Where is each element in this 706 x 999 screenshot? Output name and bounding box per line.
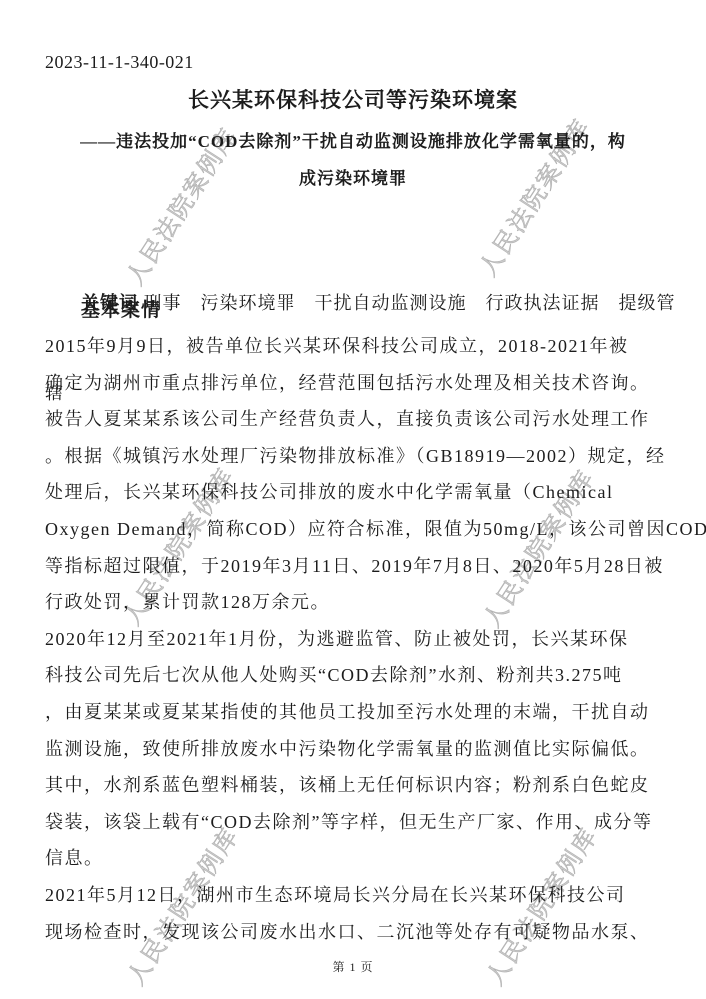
body-line: 2021年5月12日，湖州市生态环境局长兴分局在长兴某环保科技公司: [45, 877, 661, 914]
body-paragraph: 2020年12月至2021年1月份，为逃避监管、防止被处罚，长兴某环保科技公司先…: [45, 621, 661, 877]
body-line: Oxygen Demand，简称COD）应符合标准，限值为50mg/L，该公司曾…: [45, 511, 661, 548]
document-page: 人民法院案例库 人民法院案例库 人民法院案例库 人民法院案例库 人民法院案例库 …: [0, 0, 706, 999]
case-subtitle-line: 成污染环境罪: [36, 160, 670, 197]
body-line: 被告人夏某某系该公司生产经营负责人，直接负责该公司污水处理工作: [45, 401, 661, 438]
body-line: 信息。: [45, 840, 661, 877]
body-paragraph: 2021年5月12日，湖州市生态环境局长兴分局在长兴某环保科技公司现场检查时，发…: [45, 877, 661, 950]
keywords-text: 刑事 污染环境罪 干扰自动监测设施 行政执法证据 提级管: [138, 293, 676, 313]
body-line: 现场检查时，发现该公司废水出水口、二沉池等处存有可疑物品水泵、: [45, 914, 661, 951]
body-line: 等指标超过限值，于2019年3月11日、2019年7月8日、2020年5月28日…: [45, 548, 661, 585]
body-line: 袋装，该袋上载有“COD去除剂”等字样，但无生产厂家、作用、成分等: [45, 804, 661, 841]
case-subtitle: ——违法投加“COD去除剂”干扰自动监测设施排放化学需氧量的，构 成污染环境罪: [36, 123, 670, 197]
doc-number: 2023-11-1-340-021: [45, 52, 194, 73]
body-text: 2015年9月9日，被告单位长兴某环保科技公司成立，2018-2021年被确定为…: [45, 328, 661, 950]
case-subtitle-line: ——违法投加“COD去除剂”干扰自动监测设施排放化学需氧量的，构: [36, 123, 670, 160]
case-title: 长兴某环保科技公司等污染环境案: [0, 84, 706, 114]
body-line: 其中，水剂系蓝色塑料桶装，该桶上无任何标识内容；粉剂系白色蛇皮: [45, 767, 661, 804]
body-line: 确定为湖州市重点排污单位，经营范围包括污水处理及相关技术咨询。: [45, 365, 661, 402]
section-heading-basic-facts: 基本案情: [81, 295, 161, 322]
body-line: 2015年9月9日，被告单位长兴某环保科技公司成立，2018-2021年被: [45, 328, 661, 365]
page-footer: 第 1 页: [0, 958, 706, 975]
body-line: 处理后，长兴某环保科技公司排放的废水中化学需氧量（Chemical: [45, 474, 661, 511]
body-line: 行政处罚，累计罚款128万余元。: [45, 584, 661, 621]
body-line: 2020年12月至2021年1月份，为逃避监管、防止被处罚，长兴某环保: [45, 621, 661, 658]
body-line: 。根据《城镇污水处理厂污染物排放标准》（GB18919—2002）规定，经: [45, 438, 661, 475]
body-paragraph: 2015年9月9日，被告单位长兴某环保科技公司成立，2018-2021年被确定为…: [45, 328, 661, 621]
body-line: ，由夏某某或夏某某指使的其他员工投加至污水处理的末端，干扰自动: [45, 694, 661, 731]
body-line: 科技公司先后七次从他人处购买“COD去除剂”水剂、粉剂共3.275吨: [45, 657, 661, 694]
body-line: 监测设施，致使所排放废水中污染物化学需氧量的监测值比实际偏低。: [45, 731, 661, 768]
